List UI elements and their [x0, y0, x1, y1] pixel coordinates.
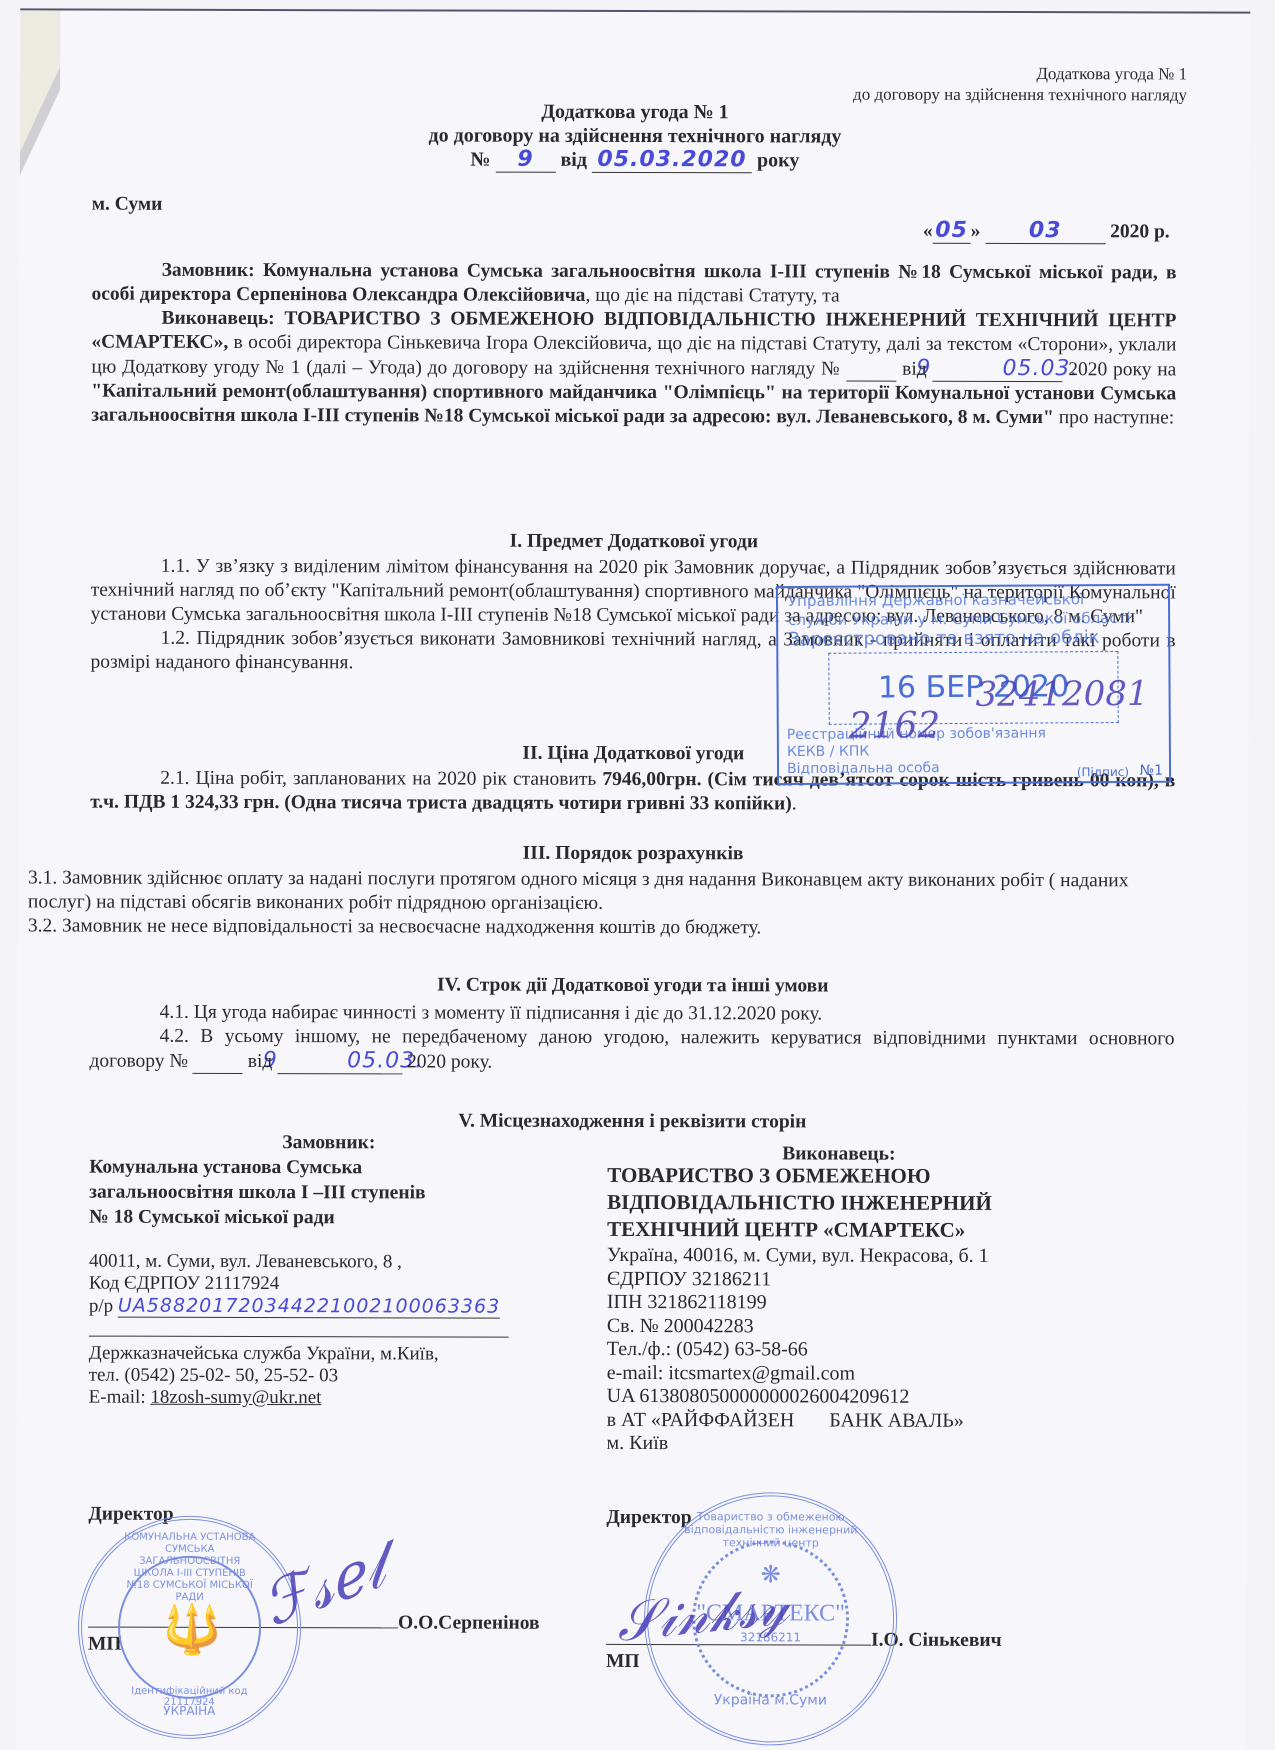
customer-email-link[interactable]: 18zosh-sumy@ukr.net: [150, 1387, 321, 1408]
document-title: Додаткова угода № 1 до договору на здійс…: [20, 98, 1250, 174]
contract-number: 9: [495, 148, 555, 173]
customer-account: UA588201720344221002100063363: [118, 1295, 500, 1319]
preamble-contract-date: 05.03.: [932, 357, 1062, 382]
sign-date: «05» 03 2020 р.: [923, 219, 1170, 245]
section1-heading: І. Предмет Додаткової угоди: [19, 528, 1249, 555]
clause-3-1: 3.1. Замовник здійснює оплату за надані …: [28, 866, 1148, 917]
document-page: Додаткова угода № 1 до договору на здійс…: [16, 8, 1251, 1750]
handwritten-code: 32412081: [975, 674, 1148, 715]
treasury-registration-stamp: Управління Державної казначейської служб…: [776, 584, 1171, 785]
preamble-contract-number: 9: [846, 357, 896, 382]
sign-month: 03: [985, 219, 1105, 244]
section4-body: 4.1. Ця угода набирає чинності з моменту…: [89, 1001, 1174, 1077]
corner-header-line1: Додаткова угода № 1: [853, 63, 1187, 85]
customer-seal: КОМУНАЛЬНА УСТАНОВА СУМСЬКА ЗАГАЛЬНООСВІ…: [78, 1516, 302, 1740]
corner-header: Додаткова угода № 1 до договору на здійс…: [853, 63, 1187, 106]
customer-name: Комунальна установа Сумська загальноосві…: [89, 1155, 426, 1231]
city: м. Суми: [92, 193, 163, 217]
customer-details: 40011, м. Суми, вул. Леваневського, 8 , …: [89, 1251, 509, 1410]
contractor-email: e-mail: itcsmartex@gmail.com: [607, 1361, 989, 1385]
sign-year: 2020 р.: [1110, 221, 1170, 242]
customer-label: Замовник:: [282, 1131, 375, 1155]
title-number-line: № 9 від 05.03.2020 року: [20, 146, 1250, 174]
handwritten-number: 2162: [849, 705, 941, 747]
contract-date: 05.03.2020: [592, 148, 752, 173]
section3-body: 3.1. Замовник здійснює оплату за надані …: [28, 866, 1148, 941]
clause-4-1: 4.1. Ця угода набирає чинності з моменту…: [90, 1001, 1175, 1028]
preamble: Замовник: Комунальна установа Сумська за…: [91, 259, 1176, 431]
section4-heading: IV. Строк дії Додаткової угоди та інші у…: [18, 972, 1248, 999]
object-name: "Капітальний ремонт(облаштування) спорти…: [91, 381, 1176, 429]
title-line2: до договору на здійснення технічного наг…: [20, 122, 1250, 149]
title-line1: Додаткова угода № 1: [20, 98, 1250, 125]
customer-director-name: О.О.Серпенінов: [398, 1612, 540, 1633]
contractor-details: Україна, 40016, м. Суми, вул. Некрасова,…: [606, 1244, 988, 1456]
section3-heading: ІІІ. Порядок розрахунків: [18, 840, 1248, 867]
sign-day: 05: [933, 219, 971, 244]
section5-heading: V. Місцезнаходження і реквізити сторін: [17, 1108, 1247, 1135]
clause-3-2: 3.2. Замовник не несе відповідальності з…: [28, 914, 1148, 941]
clause-4-2: 4.2. В усьому іншому, не передбаченому д…: [89, 1025, 1174, 1077]
trident-icon: 🔱: [162, 1605, 217, 1655]
contractor-name: ТОВАРИСТВО З ОБМЕЖЕНОЮ ВІДПОВІДАЛЬНІСТЮ …: [607, 1162, 992, 1244]
